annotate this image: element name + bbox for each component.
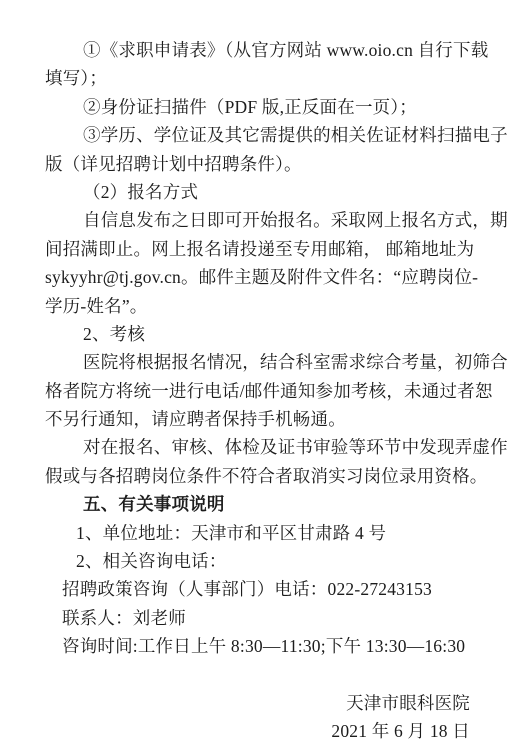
- text-line: 不另行通知，请应聘者保持手机畅通。: [45, 405, 498, 433]
- document-body: ①《求职申请表》（从官方网站 www.oio.cn 自行下载填写）；②身份证扫描…: [45, 36, 498, 746]
- text-line: ③学历、学位证及其它需提供的相关佐证材料扫描电子: [45, 121, 498, 149]
- text-line: 招聘政策咨询（人事部门）电话：022-27243153: [45, 575, 498, 603]
- text-line: 1、单位地址：天津市和平区甘肃路 4 号: [45, 519, 498, 547]
- text-line: ①《求职申请表》（从官方网站 www.oio.cn 自行下载: [45, 36, 498, 64]
- text-line: 填写）；: [45, 64, 498, 92]
- text-line: （2）报名方式: [45, 178, 498, 206]
- text-line: 医院将根据报名情况，结合科室需求综合考量，初筛合: [45, 348, 498, 376]
- text-line: 版（详见招聘计划中招聘条件）。: [45, 150, 498, 178]
- signature-org: 天津市眼科医院: [45, 689, 498, 717]
- text-line: 学历-姓名”。: [45, 292, 498, 320]
- text-line: 自信息发布之日即可开始报名。采取网上报名方式，期: [45, 206, 498, 234]
- text-line: 格者院方将统一进行电话/邮件通知参加考核，未通过者恕: [45, 377, 498, 405]
- text-line: ②身份证扫描件（PDF 版,正反面在一页）；: [45, 93, 498, 121]
- text-line: 对在报名、审核、体检及证书审验等环节中发现弄虚作: [45, 433, 498, 461]
- text-line: 假或与各招聘岗位条件不符合者取消实习岗位录用资格。: [45, 462, 498, 490]
- document-page: ①《求职申请表》（从官方网站 www.oio.cn 自行下载填写）；②身份证扫描…: [0, 0, 528, 747]
- text-line: 间招满即止。网上报名请投递至专用邮箱， 邮箱地址为: [45, 235, 498, 263]
- text-line: sykyyhr@tj.gov.cn。邮件主题及附件文件名：“应聘岗位-: [45, 263, 498, 291]
- text-line: 联系人：刘老师: [45, 604, 498, 632]
- section-heading: 五、有关事项说明: [45, 490, 498, 518]
- text-line: 2、相关咨询电话：: [45, 547, 498, 575]
- signature-date: 2021 年 6 月 18 日: [45, 717, 498, 745]
- text-line: 2、考核: [45, 320, 498, 348]
- text-line: 咨询时间:工作日上午 8:30—11:30;下午 13:30—16:30: [45, 632, 498, 660]
- blank-line: [45, 661, 498, 689]
